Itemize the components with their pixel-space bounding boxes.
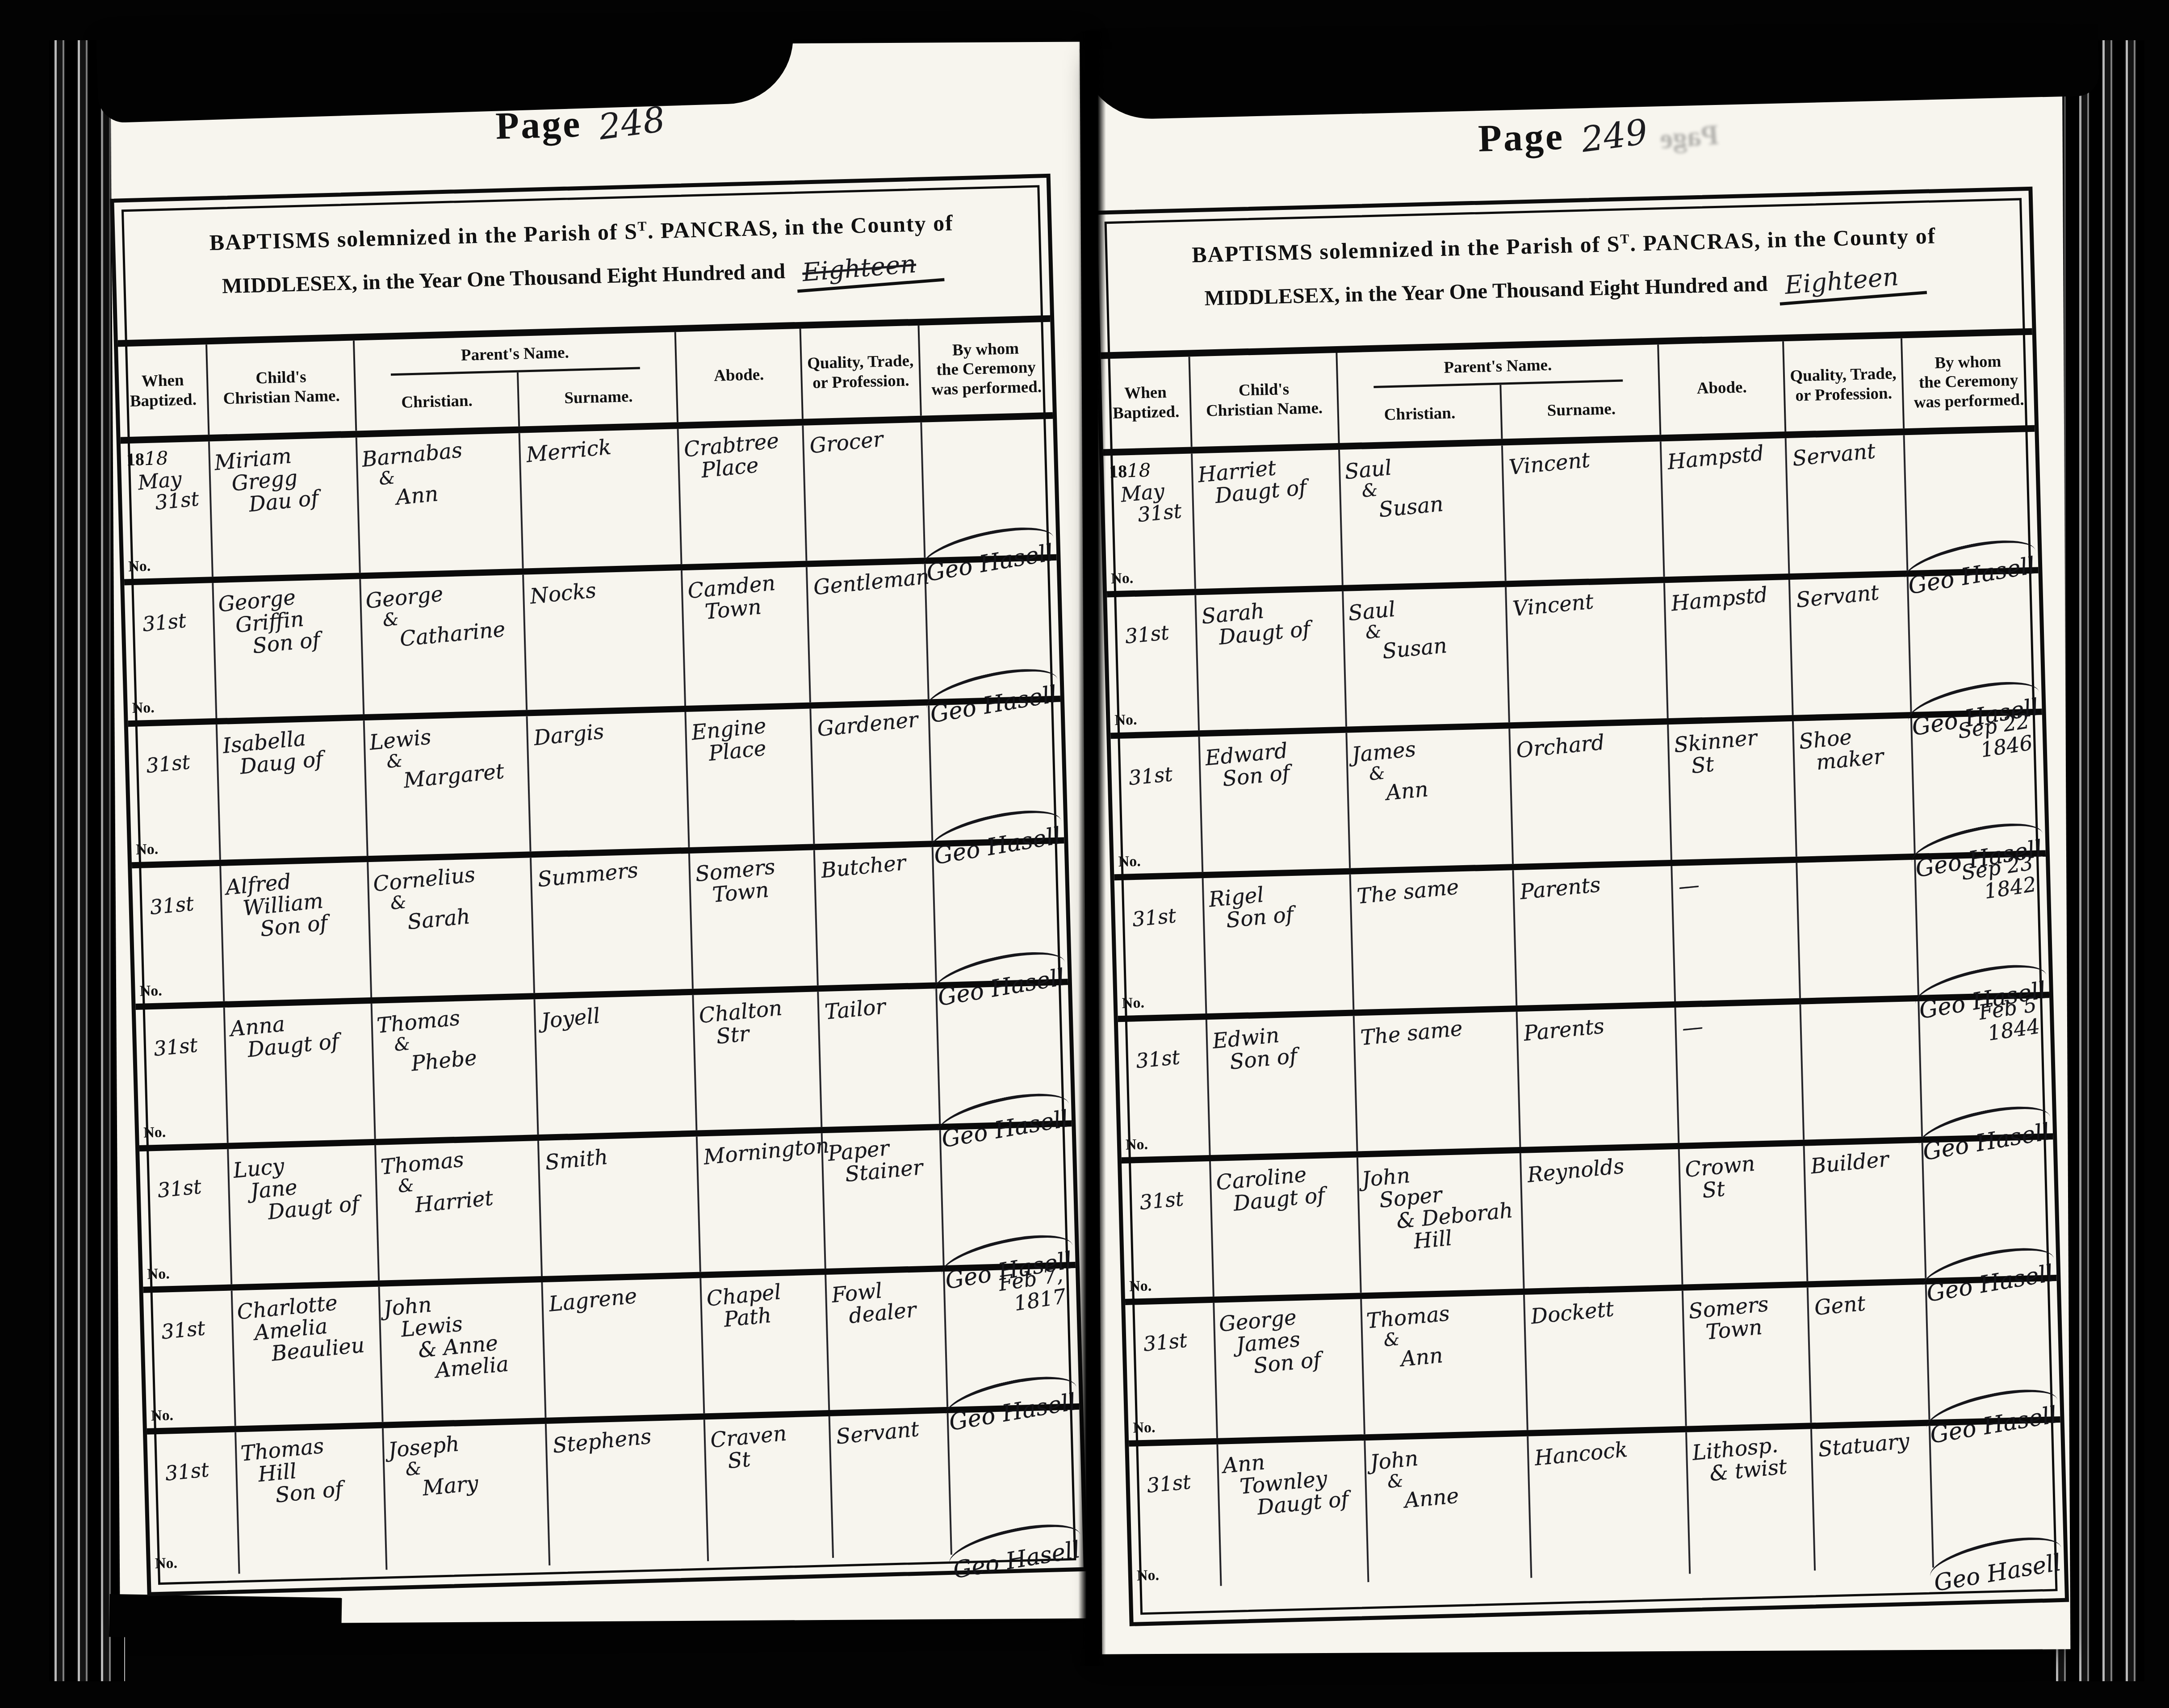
cell-parent-surname: Hancock [1528,1432,1691,1578]
cell-quality: Servant [1787,435,1909,574]
title-line2: MIDDLESEX, in the Year One Thousand Eigh… [1130,262,2000,318]
cell-quality-entry: Gentleman [812,567,920,599]
cell-when-baptized: 31stNo. [1114,878,1207,1016]
cell-parent-surname-entry: Dockett [1530,1292,1677,1328]
col-header-parent-christian: Christian. [1338,385,1503,443]
cell-when-baptized: 31stNo. [1118,1020,1211,1157]
cell-parent-christian: JohnSoper& DeborahHill [1358,1153,1525,1293]
register-row: 31stNo.AnnTownleyDaugt ofJohn&AnneHancoc… [1129,1423,2064,1588]
cell-when-baptized: 31stNo. [124,583,217,720]
cell-when-baptized: 31stNo. [139,1149,232,1287]
handwriting-line: — [1681,1007,1796,1040]
handwriting-line: Mornington [703,1136,817,1169]
handwriting-line: 31st [1124,620,1191,647]
register-row: 31stNo.GeorgeJamesSon ofThomas&AnnDocket… [1125,1281,2060,1447]
cell-abode: SomersTown [1683,1287,1812,1426]
cell-abode-entry: Hampstd [1670,582,1784,615]
cell-when-baptized: 1818May31stNo. [121,441,214,579]
handwriting-line: Servant [835,1416,943,1448]
cell-child-name: EdwinSon of [1207,1016,1358,1155]
cell-child-name: CharlotteAmeliaBeaulieu [233,1287,384,1426]
handwriting-line: Nocks [529,572,676,608]
cell-quality-entry [1803,862,1909,873]
cell-when-baptized: 31stNo. [1111,737,1204,874]
baptism-date: 31st [1128,762,1195,789]
year-printed: 18 [1109,461,1127,481]
cell-abode-entry: Mornington [703,1136,817,1169]
cell-child-name: SarahDaugt of [1196,591,1347,730]
cell-child-name: GeorgeJamesSon of [1214,1299,1365,1438]
cell-parent-surname: Dockett [1525,1291,1687,1430]
col-header-childs-name: Child'sChristian Name. [1190,353,1340,447]
col-header-when-baptized: WhenBaptized. [1101,356,1193,449]
col-header-quality: Quality, Trade,or Profession. [1784,338,1905,431]
baptism-date: 31st [1131,903,1198,930]
handwritten-year: Eighteen [795,247,944,293]
handwriting-line: Grocer [809,425,917,457]
year-label: 1818 [126,447,168,470]
cell-abode: CrownSt [1680,1146,1809,1285]
handwriting-line: Smith [544,1138,691,1174]
cell-abode: SomersTown [690,850,819,988]
cell-parent-surname-entry: Stephens [552,1421,699,1457]
cell-child-name: CarolineDaugt of [1211,1157,1362,1296]
cell-child-name-entry: CarolineDaugt of [1215,1159,1354,1216]
no-label: No. [128,558,151,575]
col-header-childs-name: Child'sChristian Name. [207,340,357,435]
cell-child-name: HarrietDaugt of [1193,450,1344,589]
cell-parent-christian-entry: The same [1356,871,1508,908]
baptism-date: 31st [160,1315,227,1343]
cell-parent-surname: Dargis [528,712,690,851]
cell-quality [1797,860,1919,998]
cell-parent-christian: Saul&Susan [1340,445,1507,585]
cell-when-baptized: 31stNo. [128,724,221,862]
baptism-date: 31st [1146,1469,1213,1496]
cell-quality-entry: Fowldealer [831,1274,940,1329]
cell-parent-surname: Merrick [520,429,683,568]
baptism-date: May31st [137,466,206,515]
cell-quality: Grocer [804,423,925,561]
cell-abode-entry: CrownSt [1684,1148,1800,1203]
col-header-parents-name: Parent's Name. Christian. Surname. [355,332,678,431]
cell-child-name: MiriamGreggDau of [210,437,361,577]
cell-parent-christian: Barnabas&Ann [357,433,524,573]
cell-child-name-entry: AnnaDaugt of [229,1005,368,1063]
cell-abode-entry: ChapelPath [706,1277,822,1332]
baptism-date: 31st [1124,620,1191,647]
cell-parent-christian-entry: Thomas&Ann [1365,1296,1521,1374]
cell-quality-entry: PaperStainer [827,1133,936,1187]
cell-child-name: AnnaDaugt of [225,1004,376,1143]
cell-abode: Lithosp.& twist [1687,1429,1816,1574]
baptism-date: 31st [1139,1186,1206,1213]
cell-parent-christian-entry: Barnabas&Ann [361,435,517,512]
cell-child-name: EdwardSon of [1200,733,1351,872]
handwriting-line: Joyell [540,996,688,1033]
cell-quality: PaperStainer [823,1130,945,1268]
cell-quality-entry: Gent [1813,1287,1921,1319]
baptism-date: 31st [145,749,212,777]
no-label: No. [1136,1567,1159,1584]
cell-when-baptized: 1818May31stNo. [1103,453,1196,591]
title-line2: MIDDLESEX, in the Year One Thousand Eigh… [147,249,1018,306]
cell-abode-entry: SomersTown [694,853,810,908]
handwriting-line: Hancock [1533,1434,1681,1470]
cell-parent-christian-entry: George&Catharine [364,576,520,654]
page-label: Page [1478,114,1565,161]
handwriting-line: Servant [1792,438,1899,470]
handwriting-line: Parents [1519,867,1667,904]
cell-parent-surname: Stephens [547,1419,709,1565]
handwriting-line: 31st [1139,1186,1206,1213]
cell-parent-christian: JohnLewis& AnneAmelia [380,1282,547,1422]
cell-parent-surname-entry: Reynolds [1526,1151,1674,1187]
cell-parent-surname: Reynolds [1521,1149,1683,1289]
cell-when-baptized: 31stNo. [1122,1161,1214,1299]
handwriting-line: 31st [153,1032,220,1060]
cell-child-name-entry: IsabellaDaug of [222,722,360,779]
cell-child-name-entry: MiriamGreggDau of [214,440,354,519]
col-header-abode: Abode. [1659,341,1786,435]
no-label: No. [147,1265,170,1283]
no-label: No. [1118,853,1141,871]
title-line1: BAPTISMS solemnized in the Parish of ST.… [1129,221,1999,269]
cell-parent-christian-entry: Saul&Susan [1347,588,1503,666]
register-title: BAPTISMS solemnized in the Parish of ST.… [114,178,1050,340]
cell-abode: — [1672,863,1801,1001]
col-header-parents-name: Parent's Name. Christian. Surname. [1337,344,1661,443]
cell-child-name: GeorgeGriffinSon of [214,579,364,718]
baptism-date: 31st [1135,1044,1202,1072]
register-row: 31stNo.CharlotteAmeliaBeaulieuJohnLewis&… [143,1268,1080,1435]
cell-child-name: AnnTownleyDaugt of [1218,1440,1369,1586]
handwriting-line: 31st [154,487,206,513]
cell-parent-surname: Lagrene [543,1278,705,1417]
baptism-date: 31st [153,1032,220,1060]
cell-when-baptized: 31stNo. [1107,595,1200,733]
col-header-parent-surname: Surname. [1501,381,1661,439]
cell-parent-christian-entry: Lewis&Margaret [368,717,524,795]
no-label: No. [139,983,162,1000]
cell-parent-christian: James&Ann [1347,728,1514,868]
cell-parent-christian: The same [1351,870,1518,1009]
col-header-by-whom: By whomthe Ceremonywas performed. [1902,335,2035,428]
cell-parent-surname-entry: Merrick [525,430,673,466]
cell-abode: CrabtreePlace [678,426,807,564]
cell-abode-entry: — [1681,1007,1796,1040]
handwriting-line: 31st [149,891,216,918]
baptism-date: May31st [1120,478,1189,527]
col-header-parent-christian: Christian. [356,372,520,431]
cell-parent-christian: Cornelius&Sarah [368,858,535,997]
register-page-right: Page 249 Page BAPTISMS solemnized in the… [1094,54,2071,1654]
handwriting-line: 31st [1135,1044,1202,1072]
handwriting-line: The same [1356,871,1508,908]
no-label: No. [136,841,159,858]
cell-parent-christian: George&Catharine [361,575,528,715]
no-label: No. [155,1555,177,1572]
cell-abode: Mornington [698,1133,826,1272]
register-row: 31stNo.RigelSon ofThe sameParents—Sep 23… [1114,856,2049,1022]
page-content: Page 249 Page BAPTISMS solemnized in the… [1077,44,2086,1663]
handwriting-line: Hampstd [1667,441,1781,474]
no-label: No. [143,1124,166,1141]
cell-child-name-entry: EdwardSon of [1204,735,1343,792]
handwriting-line: Gentleman [812,567,920,599]
register-row: 31stNo.AnnaDaugt ofThomas&PhebeJoyellCha… [136,985,1072,1151]
register-row: 31stNo.AlfredWilliamSon ofCornelius&Sara… [132,843,1068,1010]
handwriting-line: — [1677,865,1792,898]
no-label: No. [1126,1136,1148,1154]
cell-quality-entry: Grocer [809,425,917,457]
handwriting-line: Statuary [1817,1429,1925,1461]
cell-parent-christian: Saul&Susan [1344,587,1510,726]
cell-quality: Fowldealer [826,1272,948,1410]
handwriting-line: Hampstd [1670,582,1784,615]
cell-parent-surname-entry: Dargis [533,713,680,749]
handwriting-line: The same [1360,1013,1512,1050]
cell-parent-christian: John&Anne [1365,1436,1532,1582]
cell-parent-surname-entry: Summers [536,855,684,891]
cell-abode-entry: Lithosp.& twist [1691,1432,1807,1486]
register-rows: 1818May31stNo.MiriamGreggDau ofBarnabas&… [121,419,1083,1576]
cell-parent-christian-entry: The same [1360,1013,1512,1050]
no-label: No. [1114,712,1137,729]
cell-quality-entry: Builder [1810,1146,1918,1178]
cell-quality-entry [1807,1004,1912,1014]
handwriting-line: 31st [1131,903,1198,930]
cell-parent-christian: Thomas&Harriet [376,1141,543,1281]
officiant-signature: Geo Hasell [1932,1549,2063,1596]
cell-parent-christian-entry: Joseph&Mary [387,1425,543,1503]
register-row: 31stNo.EdwinSon ofThe sameParents—Feb 51… [1118,998,2053,1164]
cell-parent-surname-entry: Smith [544,1138,691,1174]
cell-parent-surname: Vincent [1503,441,1665,581]
cell-parent-christian: Joseph&Mary [384,1424,550,1570]
title-line1: BAPTISMS solemnized in the Parish of ST.… [146,208,1017,257]
cell-child-name-entry: AlfredWilliamSon of [225,864,365,943]
cell-abode: Hampstd [1665,580,1794,718]
col-header-quality: Quality, Trade,or Profession. [801,326,922,419]
register-row: 31stNo.CarolineDaugt ofJohnSoper& Debora… [1122,1139,2056,1305]
cell-parent-christian: Thomas&Phebe [373,999,539,1139]
cell-abode-entry: SomersTown [1687,1290,1804,1345]
cell-parent-christian-entry: James&Ann [1351,730,1507,808]
baptism-date: 31st [1142,1327,1209,1355]
cell-child-name: AlfredWilliamSon of [221,862,372,1001]
cell-child-name-entry: LucyJaneDaugt of [232,1147,373,1227]
baptism-date: 31st [156,1174,223,1201]
cell-abode-entry: — [1677,865,1792,898]
cell-parent-surname: Summers [532,854,694,993]
register-row: 1818May31stNo.MiriamGreggDau ofBarnabas&… [121,419,1057,586]
cell-quality-entry: Tailor [824,991,931,1023]
cell-parent-christian: Lewis&Margaret [365,716,532,856]
cell-quality: Shoemaker [1794,718,1916,857]
cell-abode-entry: CravenSt [709,1419,825,1474]
cell-parent-surname-entry: Lagrene [548,1280,695,1316]
cell-child-name-entry: EdwinSon of [1211,1018,1350,1075]
handwriting-line: 31st [1128,762,1195,789]
cell-quality-entry: Statuary [1817,1429,1925,1461]
cell-child-name-entry: RigelSon of [1208,876,1346,934]
handwriting-line: Orchard [1516,726,1663,762]
cell-parent-surname: Vincent [1507,583,1669,722]
cell-quality: Builder [1805,1143,1927,1281]
cell-quality: Servant [1790,577,1912,715]
cell-quality-entry: Butcher [820,850,928,882]
cell-by-whom: Geo Hasell [922,419,1056,558]
cell-abode-entry: EnginePlace [691,711,807,766]
cell-abode: Hampstd [1662,438,1790,577]
handwriting-line: 31st [145,749,212,777]
cell-parent-surname: Parents [1518,1008,1680,1147]
cell-when-baptized: 31stNo. [132,866,225,1004]
handwriting-line: Dargis [533,713,680,749]
cell-child-name: LucyJaneDaugt of [229,1145,380,1285]
handwriting-line: Gardener [816,708,924,741]
handwriting-line: 31st [1142,1327,1209,1355]
handwriting-line: Merrick [525,430,673,466]
cell-when-baptized: 31stNo. [143,1291,236,1428]
baptism-date: 31st [142,608,209,636]
cell-parent-christian-entry: Saul&Susan [1344,447,1499,524]
cell-parent-christian: Thomas&Ann [1362,1295,1528,1434]
col-header-by-whom: By whomthe Ceremonywas performed. [919,322,1052,416]
register-row: 31stNo.EdwardSon ofJames&AnnOrchardSkinn… [1111,715,2046,880]
cell-by-whom: Geo Hasell [1905,432,2039,570]
handwriting-line: Vincent [1508,443,1655,479]
register-row: 31stNo.IsabellaDaug ofLewis&MargaretDarg… [128,702,1064,869]
cell-parent-christian-entry: JohnSoper& DeborahHill [1361,1155,1519,1258]
cell-parent-surname-entry: Hancock [1533,1434,1681,1470]
year-printed: 18 [126,449,144,469]
no-label: No. [1133,1419,1156,1436]
handwriting-line: Servant [1795,579,1903,611]
cell-child-name-entry: ThomasHillSon of [240,1430,381,1510]
cell-abode: CamdenTown [683,567,811,706]
cell-parent-surname: Smith [539,1137,701,1276]
handwriting-line: Gent [1813,1287,1921,1319]
page-number: 249 [1579,112,1650,160]
handwriting-line: 31st [160,1315,227,1343]
cell-quality [1801,1001,1923,1140]
handwriting-line: Tailor [824,991,931,1023]
cell-abode-entry: Hampstd [1667,441,1781,474]
cell-parent-christian-entry: John&Anne [1369,1438,1525,1515]
handwriting-line: Reynolds [1526,1151,1674,1187]
register-row: 31stNo.GeorgeGriffinSon ofGeorge&Cathari… [124,561,1060,727]
page-content: Page 248 BAPTISMS solemnized in the Pari… [94,31,1105,1633]
cell-parent-surname-entry: Parents [1523,1009,1670,1045]
cell-abode: — [1676,1005,1805,1143]
no-label: No. [1129,1277,1152,1295]
register-rows: 1818May31stNo.HarrietDaugt ofSaul&SusanV… [1103,432,2064,1588]
cell-quality-entry: Servant [835,1416,943,1448]
cell-quality-entry: Servant [1795,579,1903,611]
cell-quality: Gardener [811,705,933,844]
cell-parent-surname: Joyell [535,995,697,1134]
cell-abode-entry: SkinnerSt [1673,724,1789,779]
register-row: 31stNo.ThomasHillSon ofJoseph&MaryStephe… [147,1410,1083,1576]
handwriting-line: Builder [1810,1146,1918,1178]
cell-quality-entry: Shoemaker [1798,721,1907,775]
handwriting-line: Stephens [552,1421,699,1457]
handwriting-line: 31st [142,608,209,636]
cell-parent-surname-entry: Nocks [529,572,676,608]
cell-child-name: RigelSon of [1204,875,1355,1013]
cell-child-name-entry: HarrietDaugt of [1197,452,1336,509]
cell-when-baptized: 31stNo. [136,1008,229,1145]
cell-quality: Statuary [1812,1426,1934,1570]
register-title: BAPTISMS solemnized in the Parish of ST.… [1097,191,2032,352]
cell-abode-entry: ChaltonStr [698,994,814,1049]
cell-parent-christian: The same [1355,1012,1521,1151]
scanned-register-spread: Page 248 BAPTISMS solemnized in the Pari… [0,0,2169,1708]
cell-when-baptized: 31stNo. [1129,1444,1222,1588]
cell-quality: Gent [1809,1285,1930,1423]
cell-parent-surname: Nocks [524,570,686,710]
cell-abode: SkinnerSt [1669,721,1797,860]
cell-quality: Butcher [815,847,937,985]
register-table-frame: BAPTISMS solemnized in the Parish of ST.… [110,174,1088,1596]
no-label: No. [132,699,155,717]
cell-parent-christian-entry: JohnLewis& AnneAmelia [383,1284,541,1387]
cell-parent-christian-entry: Thomas&Phebe [376,1001,532,1078]
cell-abode: EnginePlace [686,708,815,847]
cell-child-name-entry: SarahDaugt of [1201,593,1339,650]
cell-when-baptized: 31stNo. [1125,1303,1218,1440]
cell-child-name-entry: GeorgeJamesSon of [1218,1301,1359,1380]
cell-parent-surname-entry: Joyell [540,996,688,1033]
register-row: 31stNo.SarahDaugt ofSaul&SusanVincentHam… [1107,574,2042,739]
officiant-signature: Geo Hasell [951,1536,1082,1584]
cell-child-name-entry: GeorgeGriffinSon of [217,581,358,660]
handwritten-year: Eighteen [1777,260,1926,306]
no-label: No. [1111,570,1134,587]
year-written: 18 [144,447,168,469]
handwriting-line: 31st [156,1174,223,1201]
cell-quality: Servant [830,1413,952,1558]
handwriting-line: Parents [1523,1009,1670,1045]
cell-parent-christian-entry: Thomas&Harriet [380,1142,536,1220]
cell-child-name-entry: CharlotteAmeliaBeaulieu [236,1289,377,1368]
handwriting-line: 31st [1146,1469,1213,1496]
handwriting-line: Vincent [1512,584,1659,620]
handwriting-line: Lagrene [548,1280,695,1316]
handwriting-line: Summers [536,855,684,891]
cell-quality-entry: Servant [1792,438,1899,470]
cell-abode-entry: CrabtreePlace [683,428,799,483]
cell-parent-surname: Parents [1514,866,1676,1005]
register-row: 31stNo.LucyJaneDaugt ofThomas&HarrietSmi… [139,1126,1076,1293]
handwriting-line: 31st [1137,499,1189,525]
cell-parent-surname-entry: Vincent [1508,443,1655,479]
register-page-left: Page 248 BAPTISMS solemnized in the Pari… [110,42,1089,1624]
cell-when-baptized: 31stNo. [147,1432,240,1576]
register-table-frame: BAPTISMS solemnized in the Parish of ST.… [1093,187,2069,1626]
col-header-abode: Abode. [676,329,804,422]
cell-parent-christian-entry: Cornelius&Sarah [372,859,528,937]
cell-abode: CravenSt [705,1416,834,1561]
col-header-when-baptized: WhenBaptized. [118,344,209,437]
year-written: 18 [1126,459,1151,481]
no-label: No. [151,1407,174,1424]
cell-abode: ChaltonStr [694,992,822,1130]
cell-parent-surname-entry: Parents [1519,867,1667,904]
no-label: No. [1122,995,1144,1012]
